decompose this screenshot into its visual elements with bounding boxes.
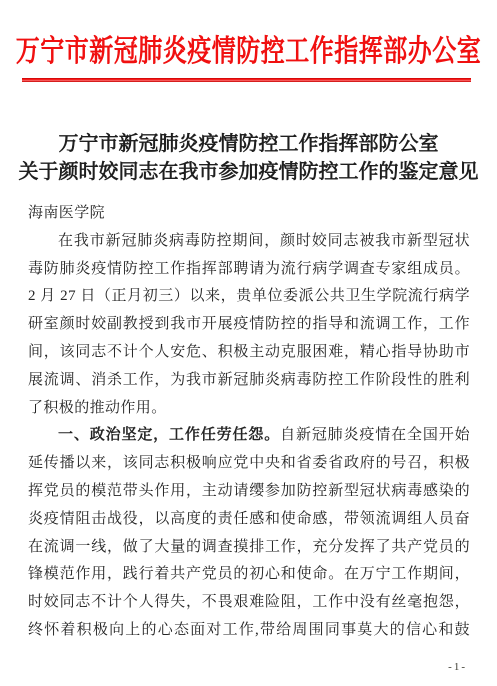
document-title: 万宁市新冠肺炎疫情防控工作指挥部防公室 关于颜时姣同志在我市参加疫情防控工作的鉴… [0, 130, 497, 186]
document-body: 海南医学院 在我市新冠肺炎病毒防控期间，颜时姣同志被我市新型冠状病 毒防肺炎疫情… [28, 200, 470, 645]
body-line-13: 锋模范作用，践行着共产党员的初心和使命。在万宁工作期间，颜 [28, 561, 470, 589]
body-line-7: 了积极的推动作用。 [28, 395, 470, 423]
letterhead-rule [22, 78, 471, 82]
body-line-9: 延传播以来，该同志积极响应党中央和省委省政府的号召，积极发 [28, 450, 470, 478]
body-line-14: 时姣同志不计个人得失，不畏艰难险阻，工作中没有丝毫抱怨，始 [28, 589, 470, 617]
body-line-4: 研室颜时姣副教授到我市开展疫情防控的指导和流调工作，工作期 [28, 311, 470, 339]
body-line-10: 挥党员的模范带头作用，主动请缨参加防控新型冠状病毒感染的肺 [28, 478, 470, 506]
section-heading: 一、政治坚定，工作任劳任怨。 [58, 427, 280, 443]
body-line-6: 展流调、消杀工作，为我市新冠肺炎病毒防控工作阶段性的胜利起 [28, 367, 470, 395]
body-line-12: 在流调一线，做了大量的调查摸排工作，充分发挥了共产党员的先 [28, 534, 470, 562]
body-line-3: 2 月 27 日（正月初三）以来，贵单位委派公共卫生学院流行病学教 [28, 283, 470, 311]
body-line-8: 一、政治坚定，工作任劳任怨。自新冠肺炎疫情在全国开始蔓 [28, 422, 470, 450]
body-line-5: 间，该同志不计个人安危、积极主动克服困难，精心指导协助市开 [28, 339, 470, 367]
page-footer: -1- [448, 660, 467, 674]
page-number: -1- [448, 661, 467, 673]
body-line-15: 终怀着积极向上的心态面对工作,带给周围同事莫大的信心和鼓励。 [28, 617, 470, 645]
document-title-line1: 万宁市新冠肺炎疫情防控工作指挥部防公室 [0, 130, 497, 158]
recipient-line: 海南医学院 [28, 200, 470, 228]
letterhead-office-name: 万宁市新冠肺炎疫情防控工作指挥部办公室 [0, 26, 497, 70]
body-line-1: 在我市新冠肺炎病毒防控期间，颜时姣同志被我市新型冠状病 [28, 228, 470, 256]
document-title-line2: 关于颜时姣同志在我市参加疫情防控工作的鉴定意见 [0, 158, 497, 186]
body-line-11: 炎疫情阻击战役，以高度的责任感和使命感，带领流调组人员奋战 [28, 506, 470, 534]
document-page: 万宁市新冠肺炎疫情防控工作指挥部办公室 万宁市新冠肺炎疫情防控工作指挥部防公室 … [0, 0, 497, 686]
body-line-2: 毒防肺炎疫情防控工作指挥部聘请为流行病学调查专家组成员。自 [28, 256, 470, 284]
